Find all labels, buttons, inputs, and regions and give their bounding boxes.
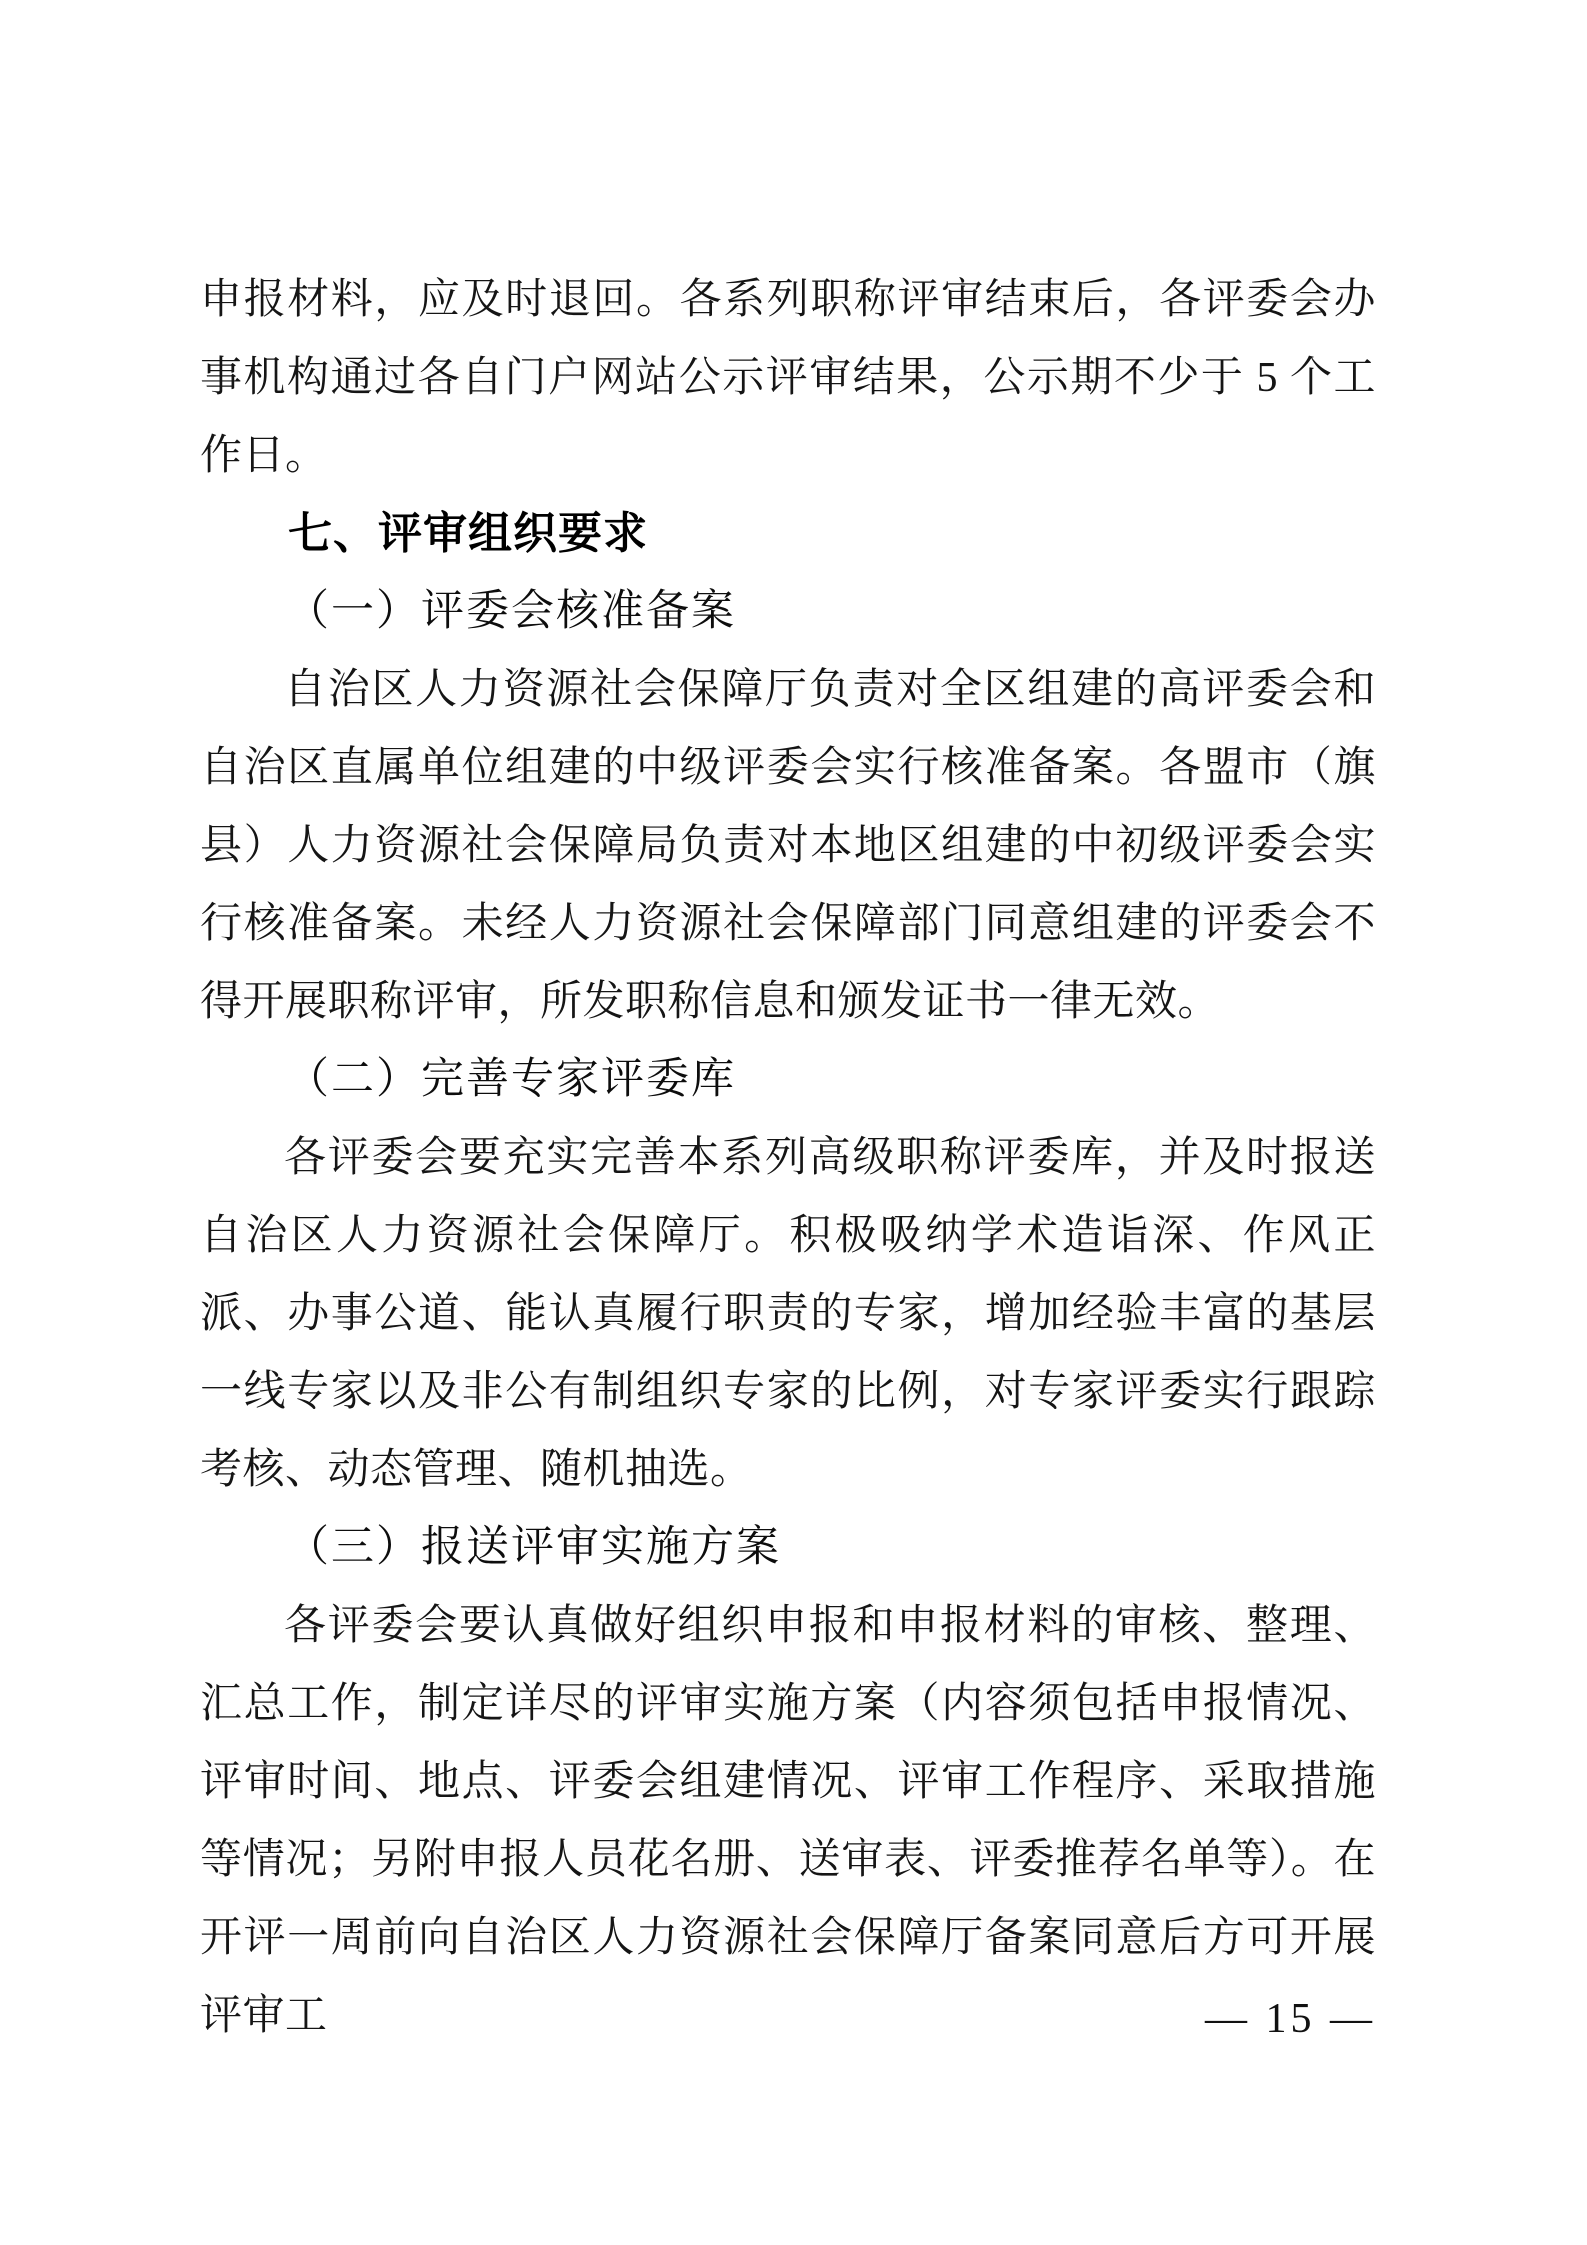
subsection-body-1: 自治区人力资源社会保障厅负责对全区组建的高评委会和自治区直属单位组建的中级评委会… xyxy=(200,651,1376,1041)
section-heading: 七、评审组织要求 xyxy=(200,495,1376,573)
subsection-body-3: 各评委会要认真做好组织申报和申报材料的审核、整理、汇总工作，制定详尽的评审实施方… xyxy=(200,1587,1376,2055)
paragraph-continuation: 申报材料，应及时退回。各系列职称评审结束后，各评委会办事机构通过各自门户网站公示… xyxy=(200,261,1376,495)
document-content: 申报材料，应及时退回。各系列职称评审结束后，各评委会办事机构通过各自门户网站公示… xyxy=(200,261,1376,2055)
subsection-heading-1: （一）评委会核准备案 xyxy=(200,573,1376,651)
subsection-heading-2: （二）完善专家评委库 xyxy=(200,1041,1376,1119)
page-number: — 15 — xyxy=(200,1994,1376,2044)
subsection-heading-3: （三）报送评审实施方案 xyxy=(200,1509,1376,1587)
subsection-body-2: 各评委会要充实完善本系列高级职称评委库，并及时报送自治区人力资源社会保障厅。积极… xyxy=(200,1119,1376,1509)
document-page: 申报材料，应及时退回。各系列职称评审结束后，各评委会办事机构通过各自门户网站公示… xyxy=(0,0,1587,2245)
